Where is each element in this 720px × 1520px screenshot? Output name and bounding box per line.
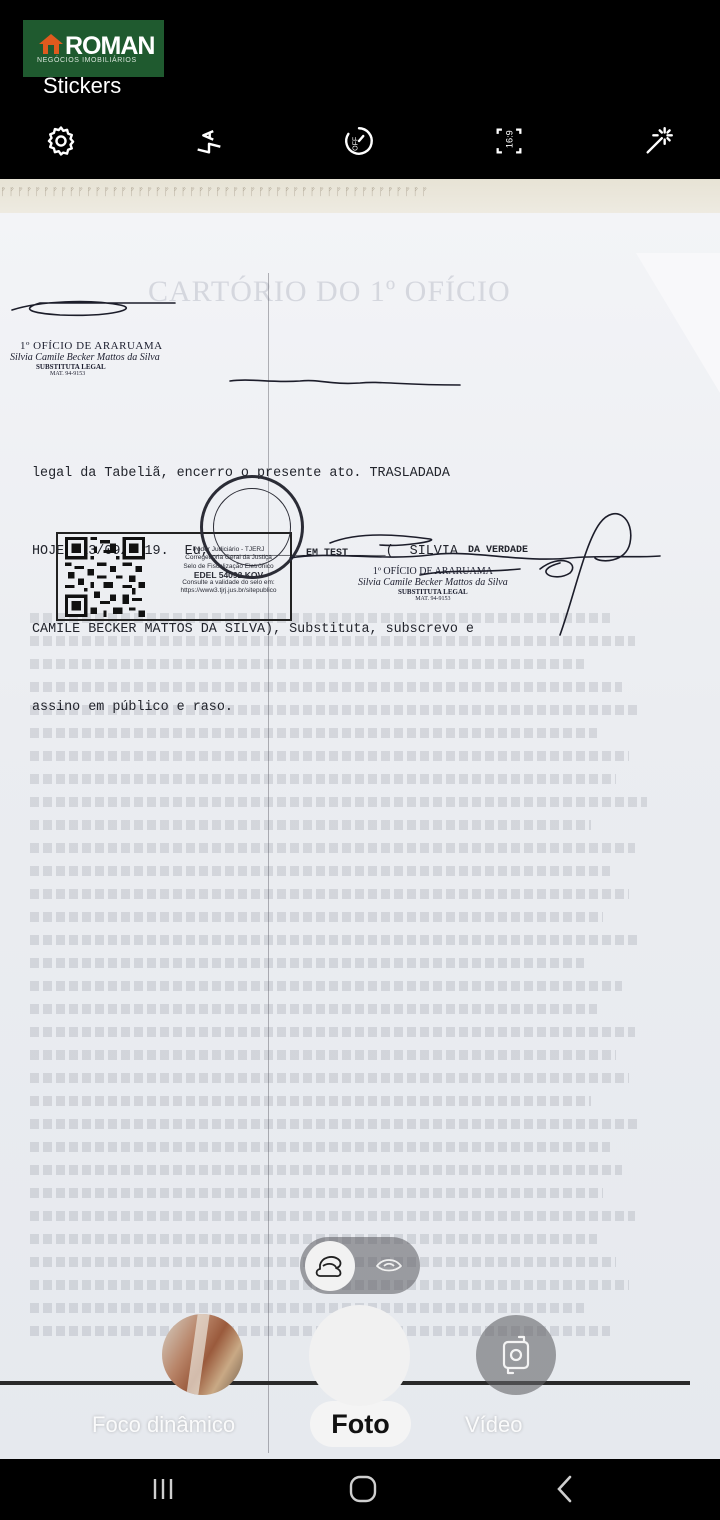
stickers-label: Stickers [43, 73, 121, 99]
shutter-button[interactable] [309, 1305, 410, 1406]
ghost-header: CARTÓRIO DO 1º OFÍCIO [148, 275, 511, 309]
mode-foto[interactable]: Foto [310, 1401, 411, 1447]
em-test-text: EM TEST [306, 548, 348, 559]
home-icon [347, 1473, 379, 1505]
qr-code [61, 537, 149, 617]
mode-video[interactable]: Vídeo [465, 1412, 523, 1438]
flash-auto-icon [192, 124, 226, 158]
filters-magic-icon [642, 124, 676, 158]
mode-foco-dinamico[interactable]: Foco dinâmico [92, 1412, 235, 1438]
wide-lens-button[interactable] [305, 1241, 355, 1291]
camera-modes: Foco dinâmico Foto Vídeo [0, 1401, 720, 1449]
middle-notary-stamp: 1º OFÍCIO DE ARARUAMA Silvia Camile Beck… [358, 566, 508, 602]
switch-camera-icon [497, 1333, 535, 1377]
timer-off-icon: OFF [342, 124, 376, 158]
back-icon [549, 1473, 581, 1505]
roman-logo-watermark: ROMAN NEGÓCIOS IMOBILIÁRIOS [23, 20, 164, 77]
wide-lens-icon [312, 1251, 348, 1281]
gallery-thumbnail[interactable] [162, 1314, 243, 1395]
svg-text:OFF: OFF [352, 136, 360, 151]
recent-apps-button[interactable] [133, 1467, 193, 1511]
house-logo-icon [37, 32, 65, 56]
switch-camera-button[interactable] [476, 1315, 556, 1395]
page-fold [636, 253, 720, 403]
round-notary-seal [200, 475, 304, 579]
logo-tagline: NEGÓCIOS IMOBILIÁRIOS [37, 57, 137, 64]
home-button[interactable] [333, 1467, 393, 1511]
system-navigation-bar [0, 1459, 720, 1520]
top-notary-stamp: 1º OFÍCIO DE ARARUAMA Silvia Camile Beck… [10, 340, 163, 377]
aspect-ratio-button[interactable]: 16:9 [489, 121, 529, 161]
settings-button[interactable] [41, 121, 81, 161]
aspect-ratio-icon: 16:9 [492, 124, 526, 158]
ultra-wide-lens-icon [371, 1251, 407, 1281]
ultra-wide-lens-button[interactable] [364, 1241, 414, 1291]
flash-auto-button[interactable] [189, 121, 229, 161]
lens-toggle[interactable] [300, 1237, 420, 1294]
timer-off-button[interactable]: OFF [339, 121, 379, 161]
recent-apps-icon [147, 1473, 179, 1505]
camera-viewfinder[interactable]: ᚠᚠᚠᚠᚠᚠᚠᚠᚠᚠᚠᚠᚠᚠᚠᚠᚠᚠᚠᚠᚠᚠᚠᚠᚠᚠᚠᚠᚠᚠᚠᚠᚠᚠᚠᚠᚠᚠᚠᚠ… [0, 179, 720, 1459]
da-verdade-text: DA VERDADE [468, 545, 528, 556]
settings-icon [44, 124, 78, 158]
camera-top-bar: ROMAN NEGÓCIOS IMOBILIÁRIOS Stickers OFF… [0, 0, 720, 179]
back-button[interactable] [535, 1467, 595, 1511]
svg-text:16:9: 16:9 [505, 130, 515, 148]
filters-button[interactable] [639, 121, 679, 161]
